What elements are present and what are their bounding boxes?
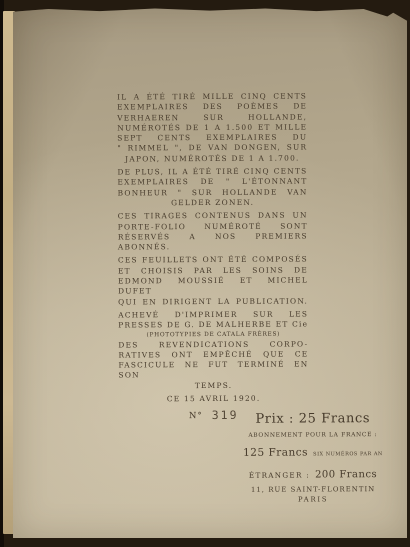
france-price-line: 125 Francs SIX NUMÉROS PAR AN — [228, 440, 398, 460]
colophon-line: QUI EN DIRIGENT LA PUBLICATION. — [118, 296, 308, 307]
colophon-text-block: IL A ÉTÉ TIRÉ MILLE CINQ CENTS EXEMPLAIR… — [117, 91, 309, 423]
colophon-line: CES TIRAGES CONTENUS DANS UN — [118, 211, 308, 222]
colophon-line: DES REVENDICATIONS CORPO- — [118, 339, 308, 350]
colophon-line: FASCICULE NE FUT TERMINÉ EN SON — [118, 360, 308, 382]
subscription-label: ABONNEMENT POUR LA FRANCE : — [228, 432, 398, 439]
colophon-line: EXEMPLAIRES DES POÈMES DE — [117, 102, 307, 113]
france-price-note: SIX NUMÉROS PAR AN — [313, 451, 383, 457]
colophon-line: BONHEUR " SUR HOLLANDE VAN — [118, 187, 308, 198]
number-label: N° — [189, 411, 203, 421]
publisher-address: 11, RUE SAINT-FLORENTIN — [228, 485, 398, 494]
colophon-line: EDMOND MOUSSIÉ ET MICHEL DUFET — [118, 276, 308, 298]
photograph-backdrop: IL A ÉTÉ TIRÉ MILLE CINQ CENTS EXEMPLAIR… — [0, 0, 410, 547]
colophon-line: RÉSERVÉS A NOS PREMIERS ABONNÉS. — [118, 231, 308, 253]
colophon-line: " RIMMEL ", DE VAN DONGEN, SUR — [117, 143, 307, 154]
price-block: Prix : 25 Francs ABONNEMENT POUR LA FRAN… — [228, 411, 398, 504]
france-price: 125 Francs — [243, 446, 308, 458]
colophon-line-phototypies: (PHOTOTYPIES DE CATALA FRÈRES) — [118, 330, 308, 340]
publisher-city: PARIS — [228, 495, 398, 504]
page-content: IL A ÉTÉ TIRÉ MILLE CINQ CENTS EXEMPLAIR… — [12, 7, 409, 539]
colophon-line: PRESSES DE G. DE MALHERBE ET Cie — [118, 320, 308, 331]
foreign-label: ÉTRANGER : — [249, 470, 310, 479]
colophon-line: EXEMPLAIRES DE " L'ÉTONNANT — [118, 177, 308, 188]
colophon-line: GELDER ZONEN. — [118, 197, 308, 208]
book-page: IL A ÉTÉ TIRÉ MILLE CINQ CENTS EXEMPLAIR… — [13, 8, 407, 538]
colophon-line: JAPON, NUMÉROTÉS DE 1 A 1.700. — [117, 153, 307, 164]
colophon-date-line: CE 15 AVRIL 1920. — [119, 394, 309, 405]
price-line: Prix : 25 Francs — [228, 411, 398, 427]
colophon-line: CES FEUILLETS ONT ÉTÉ COMPOSÉS — [118, 255, 308, 266]
foreign-price-line: ÉTRANGER : 200 Francs — [228, 462, 398, 482]
colophon-line: TEMPS. — [119, 380, 309, 391]
foreign-price: 200 Francs — [315, 469, 377, 480]
